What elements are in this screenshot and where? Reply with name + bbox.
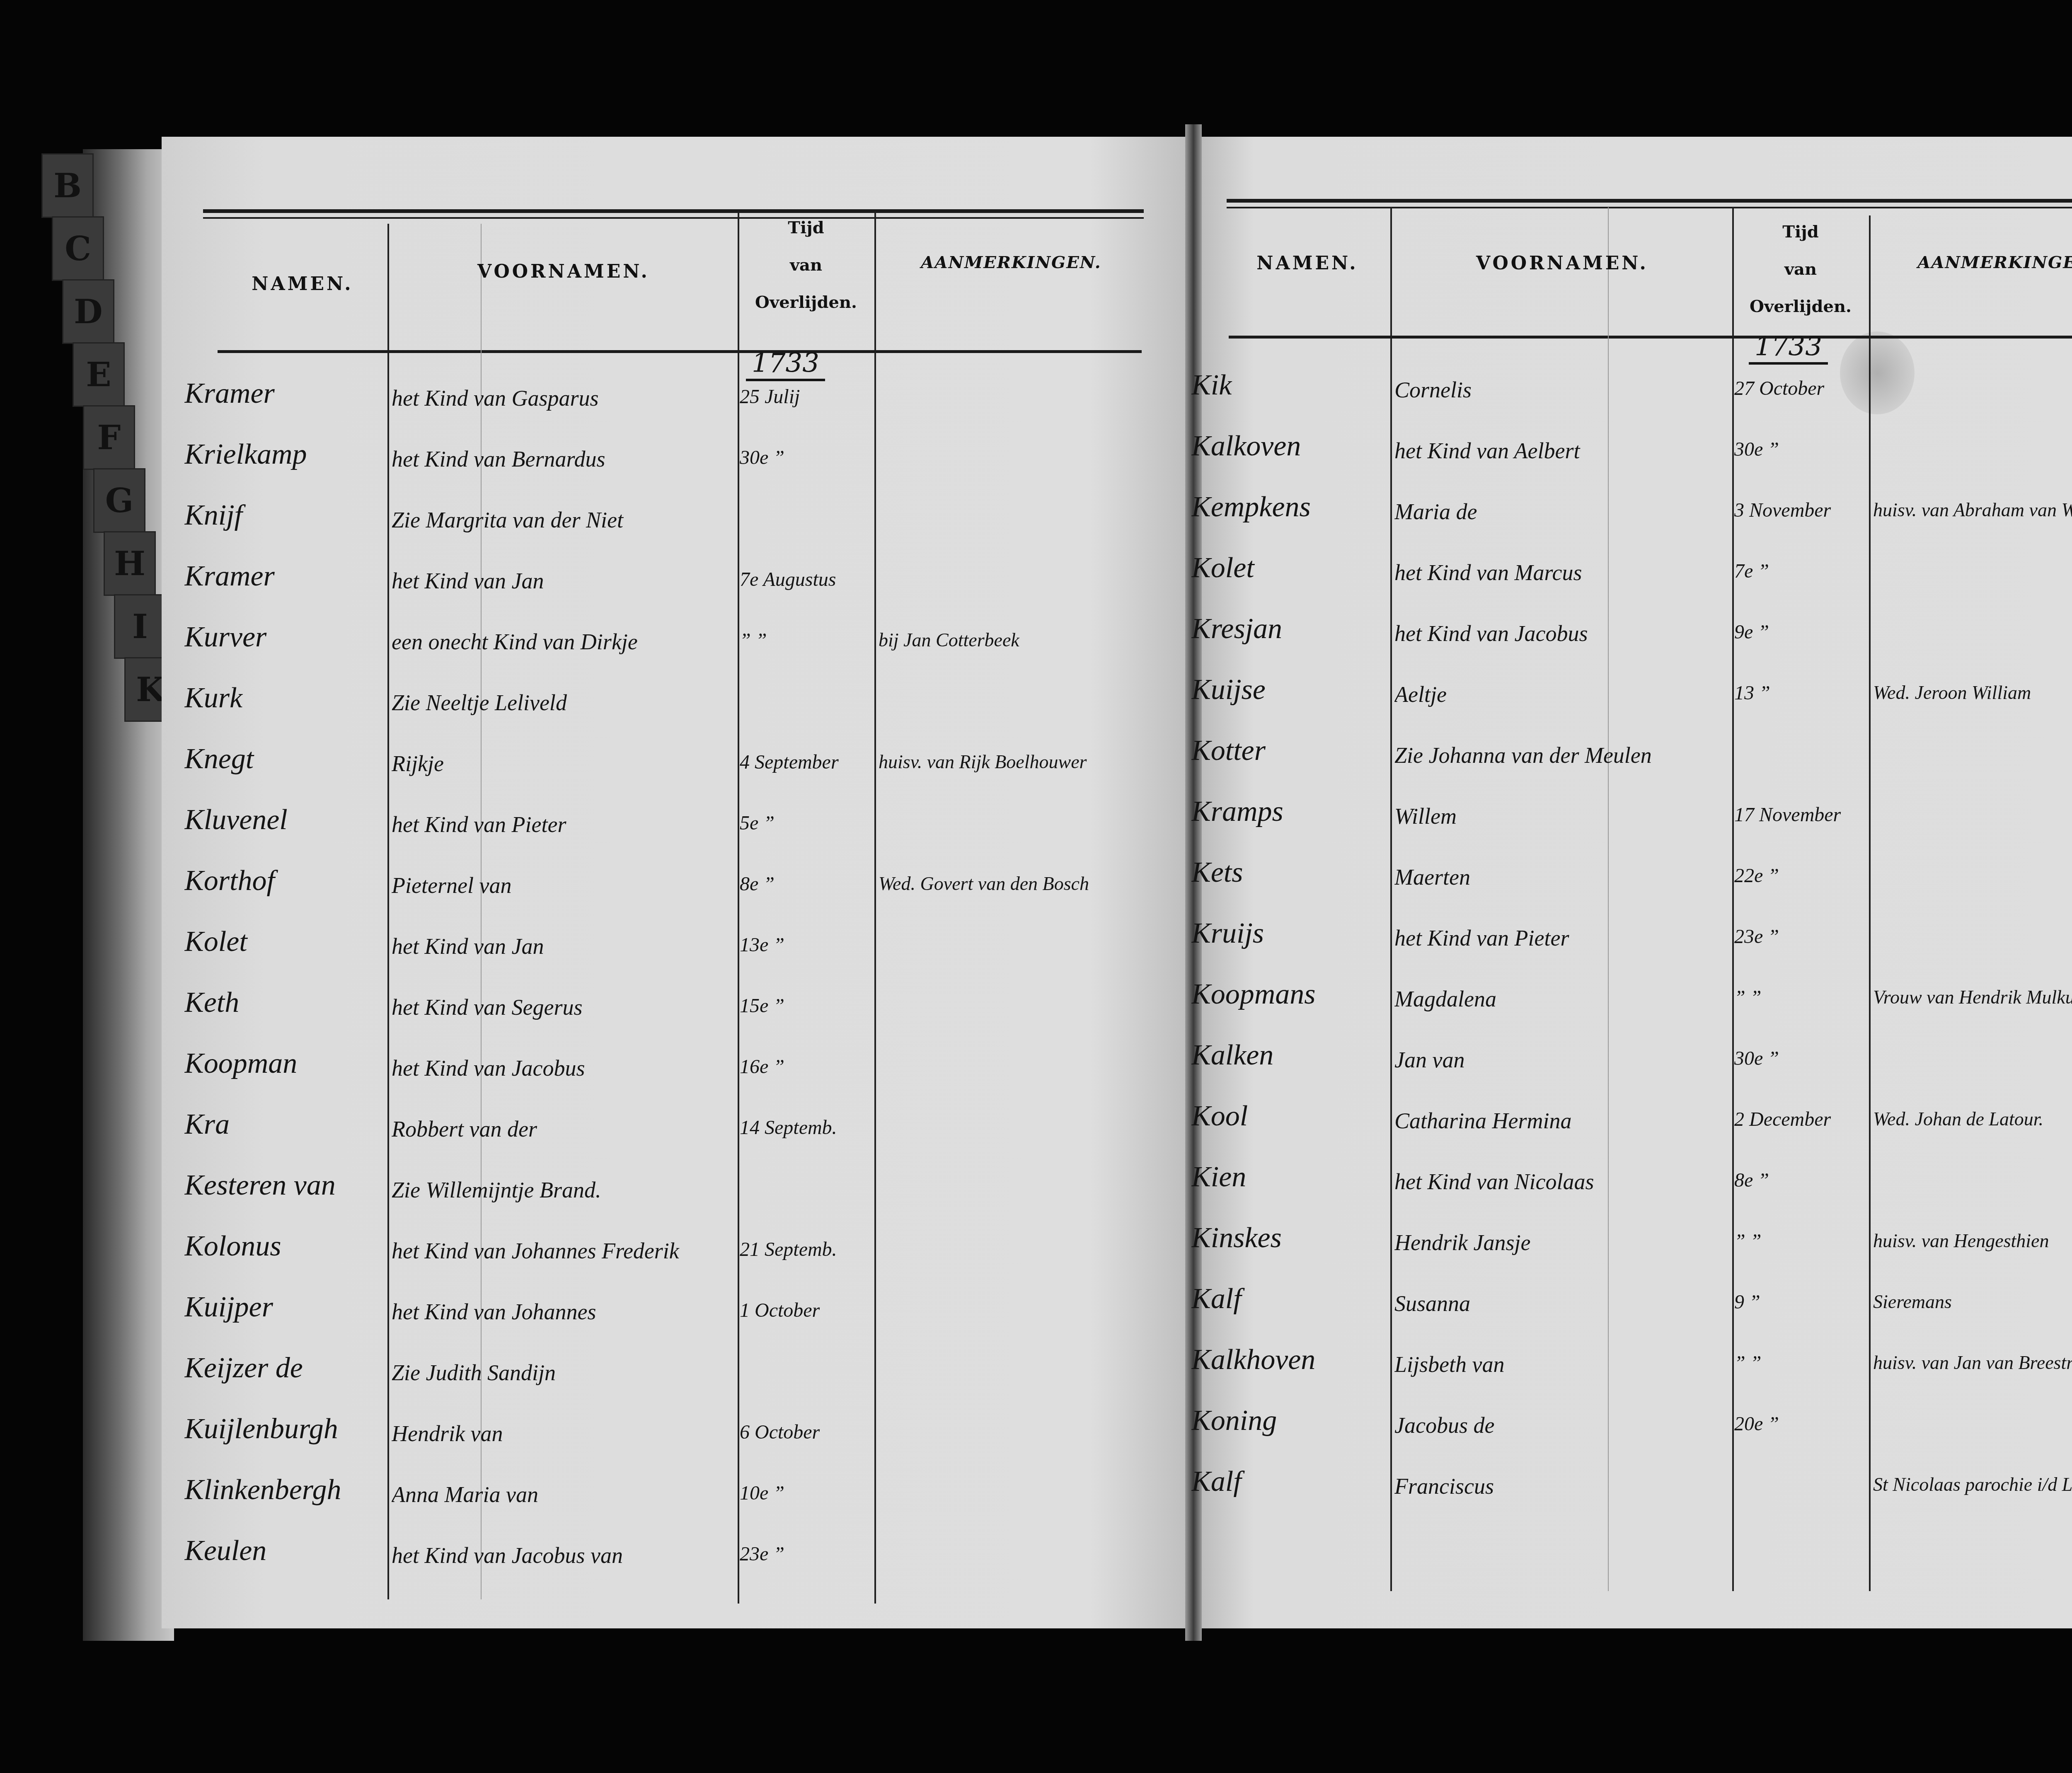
given-name-cell: Willem [1394,803,1730,829]
right-entry-row: Kresjanhet Kind van Jacobus9e ” [0,604,2072,662]
death-date-cell: 20e ” [1734,1413,1867,1435]
remarks-cell: Sieremans [1873,1291,2072,1313]
death-date-cell: 27 October [1734,377,1867,400]
left-header-voornamen: VOORNAMEN. [394,261,733,282]
remarks-cell: Vrouw van Hendrik Mulkus [1873,986,2072,1008]
given-name-cell: Franciscus [1394,1473,1730,1499]
right-entry-row: KetsMaerten22e ” [0,848,2072,906]
surname-cell: Kalken [1191,1039,1390,1072]
right-year: 1733 [1749,331,1828,365]
right-entry-row: KalkhovenLijsbeth van” ”huisv. van Jan v… [0,1335,2072,1393]
right-header-aanmerkingen: AANMERKINGEN. [1873,253,2072,272]
given-name-cell: Hendrik Jansje [1394,1230,1730,1255]
death-date-cell: 2 December [1734,1108,1867,1131]
index-tab-c[interactable]: C [52,216,104,281]
left-header-van: van [742,244,870,286]
surname-cell: Kalf [1191,1465,1390,1498]
remarks-cell: Wed. Jeroon William [1873,682,2072,704]
death-date-cell: 17 November [1734,803,1867,826]
remarks-cell: huisv. van Abraham van Wickenburgh [1873,499,2072,521]
given-name-cell: Magdalena [1394,986,1730,1012]
right-entry-row: Kalkovenhet Kind van Aelbert30e ” [0,421,2072,479]
right-entry-row: KalfSusanna9 ”Sieremans [0,1274,2072,1332]
given-name-cell: Aeltje [1394,682,1730,707]
left-header-namen: NAMEN. [220,273,385,295]
given-name-cell: Susanna [1394,1291,1730,1316]
right-header-rule [1229,336,2072,339]
left-header-tijd: Tijd [742,207,870,249]
death-date-cell: 30e ” [1734,438,1867,461]
death-date-cell: 23e ” [740,1543,872,1565]
remarks-cell: Wed. Johan de Latour. [1873,1108,2072,1130]
right-entry-row: Kruijshet Kind van Pieter23e ” [0,909,2072,967]
given-name-cell: het Kind van Nicolaas [1394,1169,1730,1195]
remarks-cell: huisv. van Jan van Breestrijck [1873,1352,2072,1374]
surname-cell: Kalf [1191,1282,1390,1316]
left-entry-row: Keulenhet Kind van Jacobus van23e ” [0,1526,1160,1584]
right-header-tijd: Tijd [1736,211,1865,253]
death-date-cell: 30e ” [1734,1047,1867,1070]
right-top-rule [1227,199,2072,208]
right-entry-row: KalkenJan van30e ” [0,1030,2072,1088]
death-date-cell: 22e ” [1734,864,1867,887]
right-header-van: van [1736,249,1865,290]
death-date-cell: 7e ” [1734,560,1867,583]
surname-cell: Kramps [1191,795,1390,828]
right-entry-row: KoopmansMagdalena” ”Vrouw van Hendrik Mu… [0,970,2072,1028]
surname-cell: Kempkens [1191,491,1390,524]
left-top-rule [203,209,1144,219]
surname-cell: Kik [1191,369,1390,402]
given-name-cell: Maria de [1394,499,1730,525]
remarks-cell: St Nicolaas parochie i/d Lollebroedersst… [1873,1473,2072,1495]
left-header-rule [218,350,1142,353]
surname-cell: Koopmans [1191,978,1390,1011]
given-name-cell: het Kind van Aelbert [1394,438,1730,464]
given-name-cell: Jacobus de [1394,1413,1730,1438]
death-date-cell: ” ” [1734,1352,1867,1374]
death-date-cell: ” ” [1734,986,1867,1009]
surname-cell: Kolet [1191,551,1390,585]
death-date-cell: ” ” [1734,1230,1867,1253]
surname-cell: Kinskes [1191,1222,1390,1255]
right-header-voornamen: VOORNAMEN. [1397,253,1728,274]
right-header-namen: NAMEN. [1227,253,1388,274]
surname-cell: Keulen [184,1534,387,1567]
right-entry-row: Kienhet Kind van Nicolaas8e ” [0,1152,2072,1210]
given-name-cell: Cornelis [1394,377,1730,403]
left-header-aanmerkingen: AANMERKINGEN. [879,253,1144,272]
remarks-cell: huisv. van Hengesthien [1873,1230,2072,1252]
right-entry-row: KrampsWillem17 November [0,787,2072,845]
given-name-cell: Jan van [1394,1047,1730,1073]
death-date-cell: 23e ” [1734,925,1867,948]
death-date-cell: 9e ” [1734,621,1867,643]
surname-cell: Kruijs [1191,917,1390,950]
death-date-cell: 3 November [1734,499,1867,522]
right-entry-row: Kolethet Kind van Marcus7e ” [0,543,2072,601]
surname-cell: Kresjan [1191,612,1390,646]
surname-cell: Koning [1191,1404,1390,1437]
surname-cell: Kalkoven [1191,430,1390,463]
surname-cell: Kets [1191,856,1390,889]
surname-cell: Kuijse [1191,673,1390,706]
given-name-cell: Lijsbeth van [1394,1352,1730,1377]
death-date-cell: 8e ” [1734,1169,1867,1192]
index-tab-d[interactable]: D [62,279,114,344]
right-entry-row: KalfFranciscusSt Nicolaas parochie i/d L… [0,1457,2072,1515]
given-name-cell: het Kind van Marcus [1394,560,1730,585]
given-name-cell: het Kind van Pieter [1394,925,1730,951]
death-date-cell: 9 ” [1734,1291,1867,1313]
given-name-cell: Catharina Hermina [1394,1108,1730,1134]
surname-cell: Kien [1191,1161,1390,1194]
index-tab-b[interactable]: B [41,153,94,218]
surname-cell: Kotter [1191,734,1390,767]
right-entry-row: KinskesHendrik Jansje” ”huisv. van Henge… [0,1213,2072,1271]
right-entry-row: KotterZie Johanna van der Meulen [0,726,2072,784]
surname-cell: Kool [1191,1100,1390,1133]
right-entry-row: KikCornelis27 October [0,360,2072,418]
right-entry-row: KuijseAeltje13 ”Wed. Jeroon William [0,665,2072,723]
given-name-cell: Maerten [1394,864,1730,890]
right-entry-row: KoningJacobus de20e ” [0,1396,2072,1454]
right-header-overlijden: Overlijden. [1736,286,1865,327]
surname-cell: Kalkhoven [1191,1343,1390,1376]
right-entry-row: KempkensMaria de3 Novemberhuisv. van Abr… [0,482,2072,540]
death-date-cell: 13 ” [1734,682,1867,704]
given-name-cell: het Kind van Jacobus van [392,1543,736,1568]
given-name-cell: Zie Johanna van der Meulen [1394,743,1730,768]
given-name-cell: het Kind van Jacobus [1394,621,1730,646]
left-header-overlijden: Overlijden. [742,282,870,323]
right-entry-row: KoolCatharina Hermina2 DecemberWed. Joha… [0,1091,2072,1149]
